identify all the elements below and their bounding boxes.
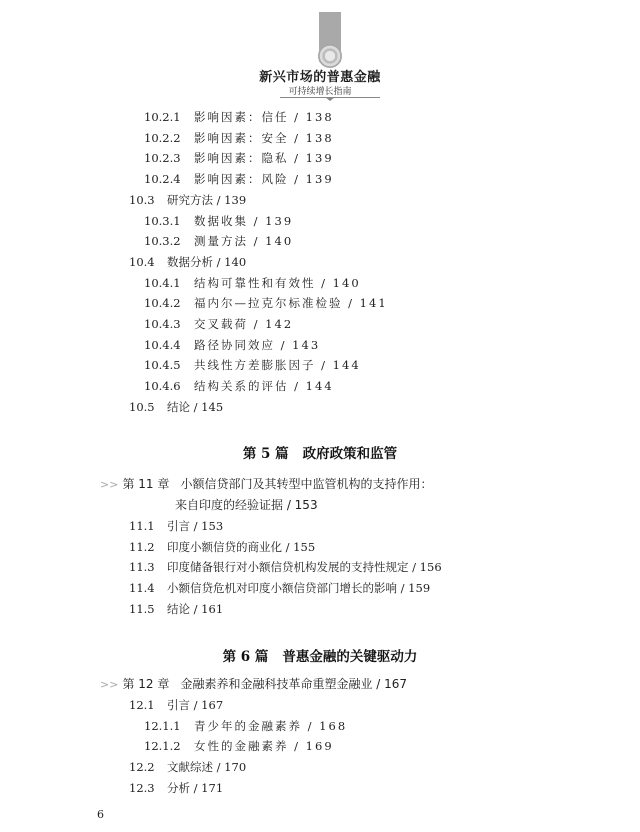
part-label: 第 6 篇 xyxy=(223,649,269,665)
toc-entry[interactable]: 12.2文献综述 / 170 xyxy=(129,760,246,774)
section-number: 11.2 xyxy=(129,540,167,554)
toc-entry[interactable]: 11.4小额信贷危机对印度小额信贷部门增长的影响 / 159 xyxy=(129,581,430,595)
toc-entry[interactable]: 11.1引言 / 153 xyxy=(129,519,223,533)
toc-entry[interactable]: 10.4.1结构可靠性和有效性 / 140 xyxy=(144,276,361,290)
chapter-number: 第 11 章 xyxy=(122,477,180,491)
chapter-title: 金融素养和金融科技革命重塑金融业 / 167 xyxy=(180,677,407,691)
section-number: 10.3.2 xyxy=(144,234,194,248)
toc-entry[interactable]: 10.4数据分析 / 140 xyxy=(129,255,246,269)
section-title: 女性的金融素养 / 169 xyxy=(194,739,334,753)
toc-entry[interactable]: 10.4.2福内尔—拉克尔标准检验 / 141 xyxy=(144,296,388,310)
section-title: 引言 / 167 xyxy=(167,698,223,712)
toc-entry[interactable]: 10.4.3交叉载荷 / 142 xyxy=(144,317,293,331)
toc-entry[interactable]: 10.2.2影响因素：安全 / 138 xyxy=(144,131,334,145)
section-title: 印度小额信贷的商业化 / 155 xyxy=(167,540,315,554)
toc-entry[interactable]: 10.2.1影响因素：信任 / 138 xyxy=(144,110,334,124)
book-header: 新兴市场的普惠金融 可持续增长指南 xyxy=(0,0,640,100)
section-title: 影响因素：安全 / 138 xyxy=(194,131,334,145)
section-title: 小额信贷危机对印度小额信贷部门增长的影响 / 159 xyxy=(167,581,430,595)
section-title: 结构可靠性和有效性 / 140 xyxy=(194,276,361,290)
chapter-title-continued: 来自印度的经验证据 / 153 xyxy=(175,498,318,512)
section-title: 影响因素：信任 / 138 xyxy=(194,110,334,124)
toc-entry[interactable]: 11.2印度小额信贷的商业化 / 155 xyxy=(129,540,315,554)
triangle-down-icon xyxy=(325,97,335,101)
toc-entry[interactable]: 10.3.2测量方法 / 140 xyxy=(144,234,293,248)
section-title: 结构关系的评估 / 144 xyxy=(194,379,334,393)
toc-entry[interactable]: 11.5结论 / 161 xyxy=(129,602,223,616)
toc-entry[interactable]: 12.3分析 / 171 xyxy=(129,781,223,795)
section-title: 文献综述 / 170 xyxy=(167,760,246,774)
section-title: 交叉载荷 / 142 xyxy=(194,317,293,331)
section-title: 结论 / 145 xyxy=(167,400,223,414)
chapter-11-title-cont[interactable]: 来自印度的经验证据 / 153 xyxy=(175,498,318,512)
section-title: 数据分析 / 140 xyxy=(167,255,246,269)
section-title: 结论 / 161 xyxy=(167,602,223,616)
section-number: 10.2.2 xyxy=(144,131,194,145)
section-number: 12.2 xyxy=(129,760,167,774)
section-number: 12.1 xyxy=(129,698,167,712)
section-title: 影响因素：风险 / 139 xyxy=(194,172,334,186)
section-number: 11.4 xyxy=(129,581,167,595)
part-label: 第 5 篇 xyxy=(243,446,289,462)
section-title: 福内尔—拉克尔标准检验 / 141 xyxy=(194,296,388,310)
part-title: 政府政策和监管 xyxy=(303,446,398,462)
section-number: 11.1 xyxy=(129,519,167,533)
section-number: 10.2.4 xyxy=(144,172,194,186)
chapter-11-entry[interactable]: >>第 11 章小额信贷部门及其转型中监管机构的支持作用： xyxy=(100,477,432,492)
section-number: 10.4.2 xyxy=(144,296,194,310)
section-number: 12.3 xyxy=(129,781,167,795)
section-title: 共线性方差膨胀因子 / 144 xyxy=(194,358,361,372)
part-title: 普惠金融的关键驱动力 xyxy=(282,649,417,665)
chapter-12-entry[interactable]: >>第 12 章金融素养和金融科技革命重塑金融业 / 167 xyxy=(100,677,407,692)
section-title: 引言 / 153 xyxy=(167,519,223,533)
section-title: 路径协同效应 / 143 xyxy=(194,338,320,352)
toc-entry[interactable]: 10.3研究方法 / 139 xyxy=(129,193,246,207)
section-number: 10.4.5 xyxy=(144,358,194,372)
chevron-right-icon: >> xyxy=(100,678,118,691)
section-number: 11.3 xyxy=(129,560,167,574)
section-number: 12.1.2 xyxy=(144,739,194,753)
toc-entry[interactable]: 10.5结论 / 145 xyxy=(129,400,223,414)
section-number: 10.4.4 xyxy=(144,338,194,352)
section-number: 12.1.1 xyxy=(144,719,194,733)
toc-entry[interactable]: 10.3.1数据收集 / 139 xyxy=(144,214,293,228)
toc-entry[interactable]: 12.1引言 / 167 xyxy=(129,698,223,712)
section-title: 青少年的金融素养 / 168 xyxy=(194,719,347,733)
section-number: 10.4.6 xyxy=(144,379,194,393)
chapter-number: 第 12 章 xyxy=(122,677,180,691)
toc-entry[interactable]: 10.2.3影响因素：隐私 / 139 xyxy=(144,151,334,165)
section-number: 10.4.3 xyxy=(144,317,194,331)
book-subtitle: 可持续增长指南 xyxy=(0,84,640,97)
section-title: 影响因素：隐私 / 139 xyxy=(194,151,334,165)
section-number: 10.5 xyxy=(129,400,167,414)
toc-entry[interactable]: 10.4.4路径协同效应 / 143 xyxy=(144,338,320,352)
section-number: 10.4.1 xyxy=(144,276,194,290)
section-title: 数据收集 / 139 xyxy=(194,214,293,228)
section-number: 10.3.1 xyxy=(144,214,194,228)
part-heading-6: 第 6 篇普惠金融的关键驱动力 xyxy=(0,645,640,665)
toc-entry[interactable]: 12.1.1青少年的金融素养 / 168 xyxy=(144,719,347,733)
section-number: 10.3 xyxy=(129,193,167,207)
section-number: 10.2.1 xyxy=(144,110,194,124)
section-title: 测量方法 / 140 xyxy=(194,234,293,248)
seal-icon xyxy=(318,44,342,68)
section-title: 印度储备银行对小额信贷机构发展的支持性规定 / 156 xyxy=(167,560,442,574)
chapter-title: 小额信贷部门及其转型中监管机构的支持作用： xyxy=(180,477,432,491)
section-title: 研究方法 / 139 xyxy=(167,193,246,207)
part-heading-5: 第 5 篇政府政策和监管 xyxy=(0,442,640,462)
page-number: 6 xyxy=(97,808,104,821)
toc-entry[interactable]: 11.3印度储备银行对小额信贷机构发展的支持性规定 / 156 xyxy=(129,560,442,574)
toc-entry[interactable]: 10.4.5共线性方差膨胀因子 / 144 xyxy=(144,358,361,372)
chevron-right-icon: >> xyxy=(100,478,118,491)
toc-entry[interactable]: 10.4.6结构关系的评估 / 144 xyxy=(144,379,334,393)
section-number: 10.4 xyxy=(129,255,167,269)
book-title: 新兴市场的普惠金融 xyxy=(0,66,640,85)
toc-entry[interactable]: 12.1.2女性的金融素养 / 169 xyxy=(144,739,334,753)
section-number: 11.5 xyxy=(129,602,167,616)
section-title: 分析 / 171 xyxy=(167,781,223,795)
section-number: 10.2.3 xyxy=(144,151,194,165)
toc-entry[interactable]: 10.2.4影响因素：风险 / 139 xyxy=(144,172,334,186)
